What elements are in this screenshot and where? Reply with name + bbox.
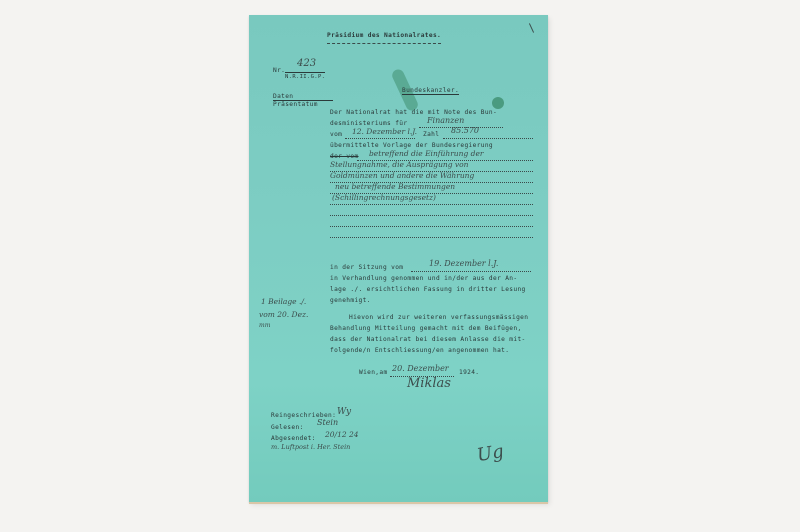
dotted-fill [330,215,533,216]
struck-text: der vom [330,153,359,160]
para1-line-3: lage ./. ersichtlichen Fassung in dritte… [330,286,526,293]
zahl-label: Zahl [423,131,439,138]
dotted-fill [411,271,531,272]
margin-note-line-1: 1 Beilage ./. [261,297,306,306]
date-handwritten: 12. Dezember l.J. [352,127,417,136]
sitzung-handwritten: 19. Dezember l.J. [429,259,498,268]
reingeschrieben-handwritten: Wy [337,407,351,417]
gelesen-label: Gelesen: [271,424,304,431]
abgesendet-handwritten: 20/12 24 [325,430,359,439]
dotted-fill [443,138,533,139]
para2-line-3: dass der Nationalrat bei diesem Anlasse … [330,336,526,343]
nr-label: Nr. [273,67,285,74]
date-signed-handwritten: 20. Dezember [392,364,449,373]
initials-handwritten: Ug [475,441,505,466]
para1-line-2: in Verhandlung genommen und in/der aus d… [330,275,517,282]
margin-note-line-3: mm [259,322,270,329]
year: 1924. [459,369,479,376]
nr-sub: N.R.II.G.P. [285,72,325,80]
margin-note-line-2: vom 20. Dez. [259,310,308,319]
title-underline [327,43,441,44]
body-line-3-prefix: vom [330,131,342,138]
body-line-2-prefix: desministeriums für [330,120,407,127]
dotted-fill [330,226,533,227]
dotted-fill [330,204,533,205]
zahl-handwritten: 85.570 [451,126,479,135]
body-line-4: übermittelte Vorlage der Bundesregierung [330,142,493,149]
place-prefix: Wien,am [359,369,388,376]
abgesendet-label: Abgesendet: [271,435,316,442]
para2-line-2: Behandlung Mitteilung gemacht mit dem Be… [330,325,522,332]
signature: Miklas [407,376,451,391]
subject-line-4: neu betreffende Bestimmungen [335,182,455,191]
subject-line-3: Goldmünzen und andere die Währung [330,171,474,180]
daten-label: Daten [273,93,333,101]
document-page: Präsidium des Nationalrates. Nr. 423 N.R… [249,15,548,502]
para2-line-1: Hievon wird zur weiteren verfassungsmäss… [349,314,528,321]
document-title: Präsidium des Nationalrates. [327,32,441,39]
subject-line-1: betreffend die Einführung der [369,149,483,158]
dotted-fill [330,237,533,238]
pen-mark [529,23,534,32]
recipient: Bundeskanzler. [402,87,459,95]
para2-line-4: folgende/n Entschliessung/en angenommen … [330,347,509,354]
ink-blot [492,97,504,109]
subject-line-2: Stellungnahme, die Ausprägung von [330,160,469,169]
nr-value: 423 [297,58,316,69]
praesentatum-label: Präsentatum [273,101,318,108]
ministry-handwritten: Finanzen [427,116,464,125]
para1-line-4: genehmigt. [330,297,371,304]
sitzung-label: in der Sitzung vom [330,264,403,271]
gelesen-handwritten: Stein [317,418,338,427]
dotted-fill [345,138,415,139]
body-line-1: Der Nationalrat hat die mit Note des Bun… [330,109,497,116]
subject-line-5: (Schillingrechnungsgesetz) [332,193,436,202]
dispatch-note-handwritten: m. Luftpost i. Her. Stein [271,443,350,451]
